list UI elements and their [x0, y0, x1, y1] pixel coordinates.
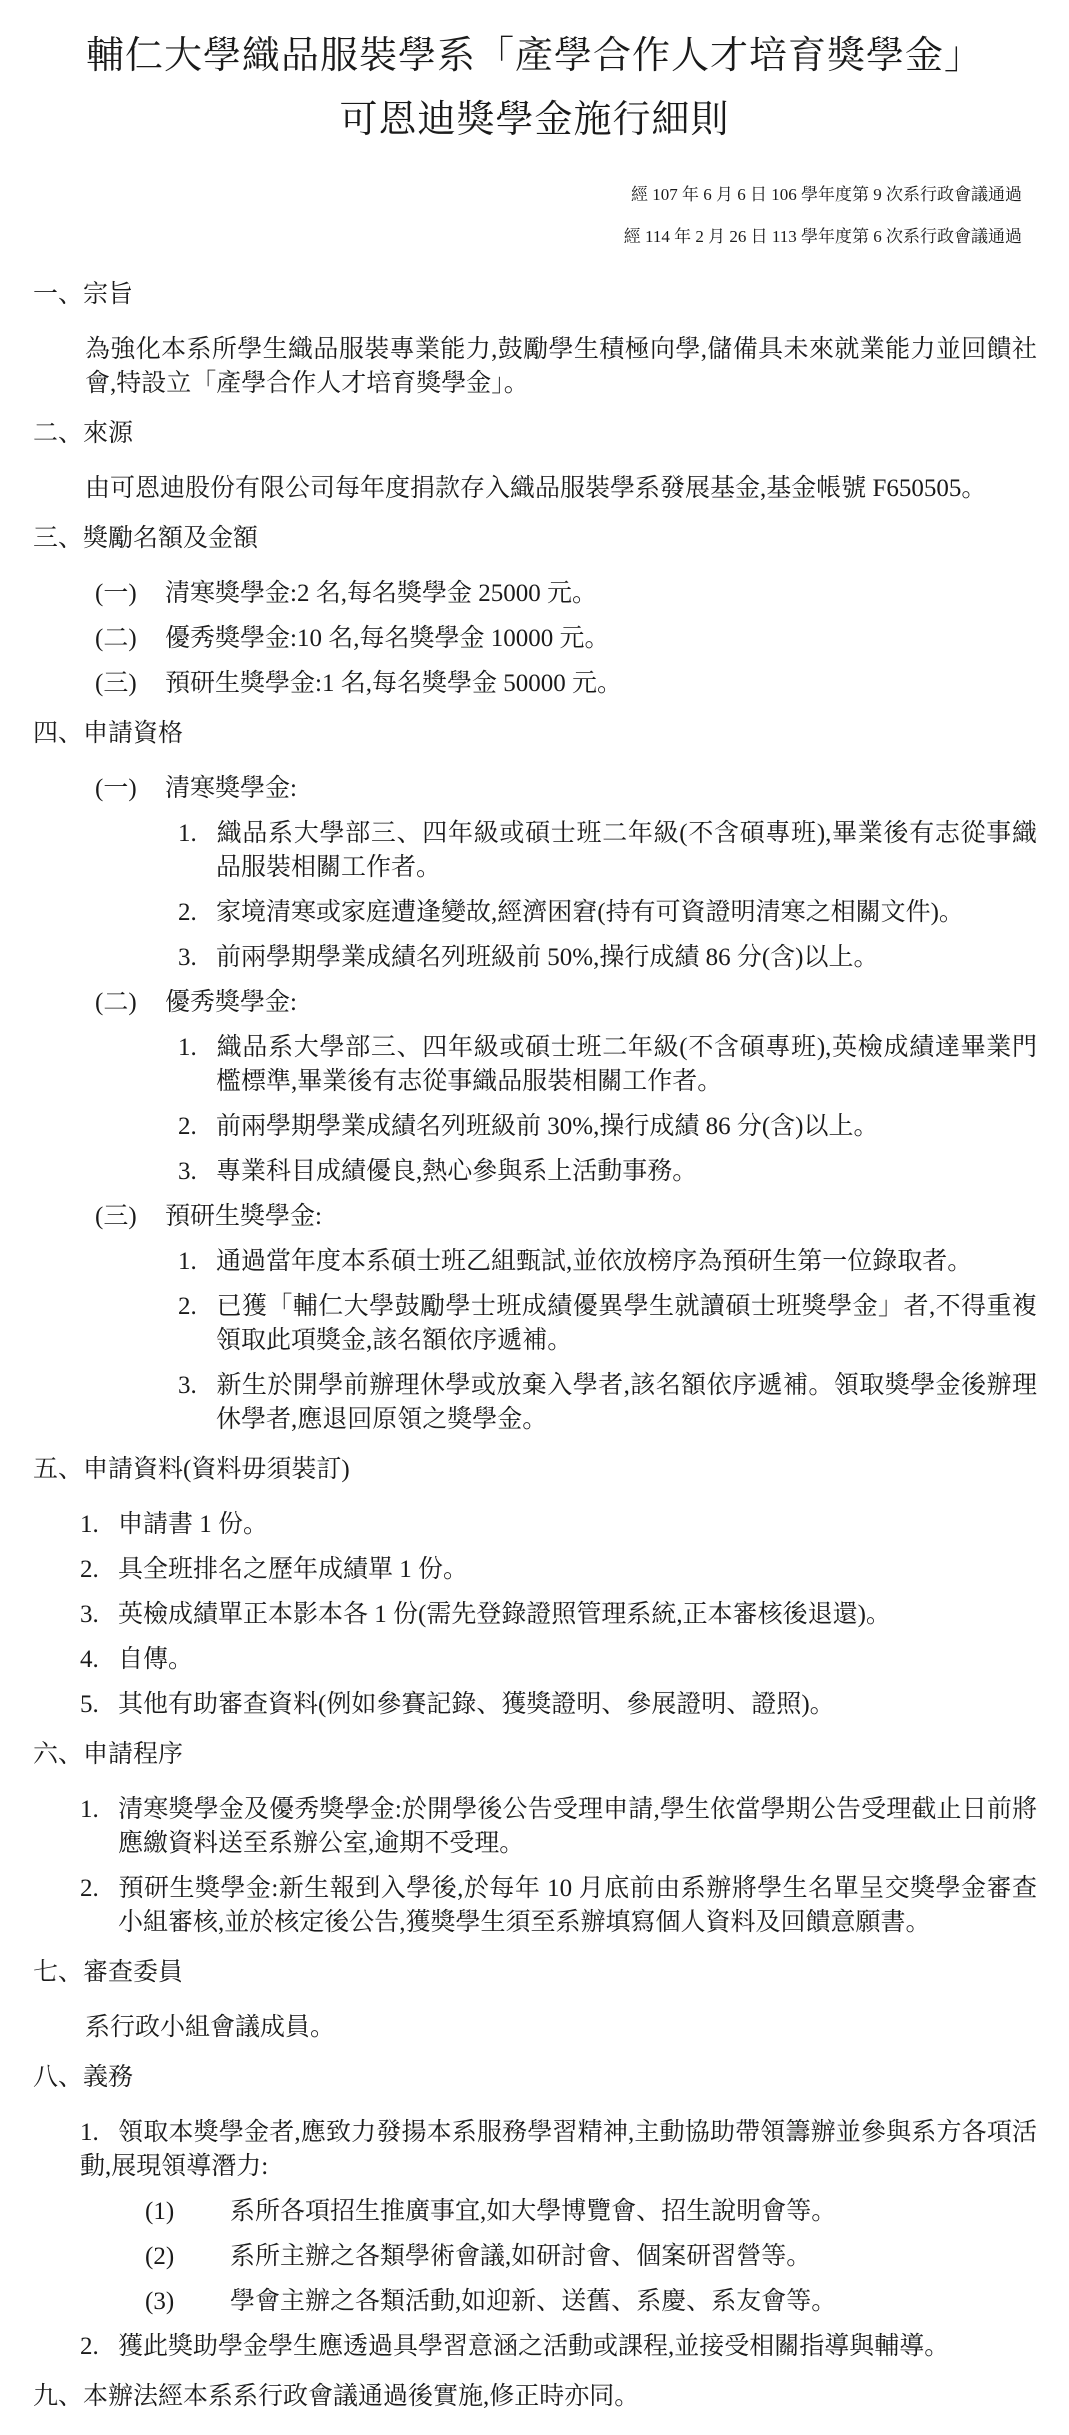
item-number: 3. — [178, 1369, 216, 1403]
item-text: 清寒獎學金: — [165, 775, 297, 802]
item-text: 領取本獎學金者,應致力發揚本系服務學習精神,主動協助帶領籌辦並參與系方各項活動,… — [80, 2119, 1037, 2180]
item-number: (1) — [145, 2195, 230, 2229]
item-text: 預研生獎學金:1 名,每名獎學金 50000 元。 — [165, 670, 622, 697]
item-number: (一) — [95, 577, 165, 611]
section-1-body: 為強化本系所學生織品服裝專業能力,鼓勵學生積極向學,儲備具未來就業能力並回饋社會… — [85, 333, 1037, 401]
list-item: (2)系所主辦之各類學術會議,如研討會、個案研習營等。 — [0, 2240, 1037, 2274]
item-text: 清寒獎學金:2 名,每名獎學金 25000 元。 — [165, 580, 597, 607]
list-item: 2.已獲「輔仁大學鼓勵學士班成績優異學生就讀碩士班獎學金」者,不得重複領取此項獎… — [0, 1290, 1037, 1358]
item-number: 3. — [178, 1155, 216, 1189]
item-text: 前兩學期學業成績名列班級前 50%,操行成績 86 分(含)以上。 — [216, 944, 878, 971]
item-text: 優秀獎學金: — [165, 989, 297, 1016]
item-number: (3) — [145, 2285, 230, 2319]
list-item: (3)學會主辦之各類活動,如迎新、送舊、系慶、系友會等。 — [0, 2285, 1037, 2319]
item-text: 家境清寒或家庭遭逢變故,經濟困窘(持有可資證明清寒之相關文件)。 — [216, 899, 964, 926]
list-item: 1.申請書 1 份。 — [0, 1508, 1037, 1542]
item-text: 獲此獎助學金學生應透過具學習意涵之活動或課程,並接受相關指導與輔導。 — [118, 2333, 949, 2360]
item-number: 1. — [178, 1031, 216, 1065]
item-number: 3. — [178, 941, 216, 975]
item-text: 自傳。 — [118, 1646, 193, 1673]
section-2-heading: 二、來源 — [33, 417, 1037, 451]
section-2-body: 由可恩迪股份有限公司每年度捐款存入織品服裝學系發展基金,基金帳號 F650505… — [85, 472, 1037, 506]
section-5-heading: 五、申請資料(資料毋須裝訂) — [33, 1453, 1037, 1487]
item-number: (2) — [145, 2240, 230, 2274]
item-text: 預研生獎學金: — [165, 1203, 322, 1230]
item-text: 學會主辦之各類活動,如迎新、送舊、系慶、系友會等。 — [230, 2288, 836, 2315]
item-number: 1. — [178, 817, 216, 851]
item-text: 新生於開學前辦理休學或放棄入學者,該名額依序遞補。領取獎學金後辦理休學者,應退回… — [216, 1372, 1037, 1433]
list-item: 3.新生於開學前辦理休學或放棄入學者,該名額依序遞補。領取獎學金後辦理休學者,應… — [0, 1369, 1037, 1437]
list-item: 5.其他有助審查資料(例如參賽記錄、獲獎證明、參展證明、證照)。 — [0, 1688, 1037, 1722]
group-heading: (三)預研生獎學金: — [0, 1200, 1037, 1234]
list-item: 2.家境清寒或家庭遭逢變故,經濟困窘(持有可資證明清寒之相關文件)。 — [0, 896, 1037, 930]
item-text: 其他有助審查資料(例如參賽記錄、獲獎證明、參展證明、證照)。 — [118, 1691, 835, 1718]
list-item: (一)清寒獎學金:2 名,每名獎學金 25000 元。 — [0, 577, 1037, 611]
item-number: 2. — [80, 1553, 118, 1587]
list-item: 1.織品系大學部三、四年級或碩士班二年級(不含碩專班),畢業後有志從事織品服裝相… — [0, 817, 1037, 885]
item-text: 具全班排名之歷年成績單 1 份。 — [118, 1556, 468, 1583]
list-item: 2.獲此獎助學金學生應透過具學習意涵之活動或課程,並接受相關指導與輔導。 — [0, 2330, 1037, 2364]
item-number: (一) — [95, 772, 165, 806]
list-item: 1.通過當年度本系碩士班乙組甄試,並依放榜序為預研生第一位錄取者。 — [0, 1245, 1037, 1279]
item-number: 2. — [80, 2330, 118, 2364]
item-number: (三) — [95, 667, 165, 701]
section-8-heading: 八、義務 — [33, 2061, 1037, 2095]
group-heading: (一)清寒獎學金: — [0, 772, 1037, 806]
item-text: 系所主辦之各類學術會議,如研討會、個案研習營等。 — [230, 2243, 811, 2270]
item-number: 1. — [178, 1245, 216, 1279]
item-number: 1. — [80, 2116, 118, 2150]
item-text: 已獲「輔仁大學鼓勵學士班成績優異學生就讀碩士班獎學金」者,不得重複領取此項獎金,… — [216, 1293, 1037, 1354]
item-number: 3. — [80, 1598, 118, 1632]
item-text: 通過當年度本系碩士班乙組甄試,並依放榜序為預研生第一位錄取者。 — [216, 1248, 972, 1275]
list-item: 2.預研生獎學金:新生報到入學後,於每年 10 月底前由系辦將學生名單呈交獎學金… — [0, 1872, 1037, 1940]
item-number: 2. — [178, 1110, 216, 1144]
list-item: 3.專業科目成績優良,熱心參與系上活動事務。 — [0, 1155, 1037, 1189]
section-9-heading: 九、本辦法經本系系行政會議通過後實施,修正時亦同。 — [33, 2380, 1037, 2414]
list-item: 3.英檢成績單正本影本各 1 份(需先登錄證照管理系統,正本審核後退還)。 — [0, 1598, 1037, 1632]
list-item: 1.領取本獎學金者,應致力發揚本系服務學習精神,主動協助帶領籌辦並參與系方各項活… — [0, 2116, 1037, 2184]
item-text: 優秀獎學金:10 名,每名獎學金 10000 元。 — [165, 625, 609, 652]
list-item: 2.具全班排名之歷年成績單 1 份。 — [0, 1553, 1037, 1587]
item-number: 5. — [80, 1688, 118, 1722]
item-number: (二) — [95, 986, 165, 1020]
list-item: 3.前兩學期學業成績名列班級前 50%,操行成績 86 分(含)以上。 — [0, 941, 1037, 975]
section-7-body: 系行政小組會議成員。 — [85, 2011, 1037, 2045]
list-item: 1.清寒獎學金及優秀獎學金:於開學後公告受理申請,學生依當學期公告受理截止日前將… — [0, 1793, 1037, 1861]
list-item: (二)優秀獎學金:10 名,每名獎學金 10000 元。 — [0, 622, 1037, 656]
section-6-heading: 六、申請程序 — [33, 1738, 1037, 1772]
group-heading: (二)優秀獎學金: — [0, 986, 1037, 1020]
item-number: (二) — [95, 622, 165, 656]
approval-note-1: 經 107 年 6 月 6 日 106 學年度第 9 次系行政會議通過 — [0, 174, 1022, 216]
item-text: 申請書 1 份。 — [118, 1511, 268, 1538]
section-7-heading: 七、審查委員 — [33, 1956, 1037, 1990]
list-item: (三)預研生獎學金:1 名,每名獎學金 50000 元。 — [0, 667, 1037, 701]
document-title-line1: 輔仁大學織品服裝學系「產學合作人才培育獎學金」 — [0, 24, 1069, 88]
item-number: 2. — [178, 896, 216, 930]
section-1-heading: 一、宗旨 — [33, 278, 1037, 312]
item-text: 織品系大學部三、四年級或碩士班二年級(不含碩專班),畢業後有志從事織品服裝相關工… — [216, 820, 1037, 881]
document-page: 輔仁大學織品服裝學系「產學合作人才培育獎學金」 可恩迪獎學金施行細則 經 107… — [0, 0, 1069, 2435]
item-text: 前兩學期學業成績名列班級前 30%,操行成績 86 分(含)以上。 — [216, 1113, 878, 1140]
list-item: 2.前兩學期學業成績名列班級前 30%,操行成績 86 分(含)以上。 — [0, 1110, 1037, 1144]
item-text: 專業科目成績優良,熱心參與系上活動事務。 — [216, 1158, 697, 1185]
approval-notes: 經 107 年 6 月 6 日 106 學年度第 9 次系行政會議通過 經 11… — [0, 174, 1069, 258]
item-text: 織品系大學部三、四年級或碩士班二年級(不含碩專班),英檢成績達畢業門檻標準,畢業… — [216, 1034, 1037, 1095]
section-3-heading: 三、獎勵名額及金額 — [33, 522, 1037, 556]
item-text: 英檢成績單正本影本各 1 份(需先登錄證照管理系統,正本審核後退還)。 — [118, 1601, 891, 1628]
section-4-heading: 四、申請資格 — [33, 717, 1037, 751]
list-item: (1)系所各項招生推廣事宜,如大學博覽會、招生說明會等。 — [0, 2195, 1037, 2229]
item-text: 清寒獎學金及優秀獎學金:於開學後公告受理申請,學生依當學期公告受理截止日前將應繳… — [118, 1796, 1037, 1857]
item-text: 預研生獎學金:新生報到入學後,於每年 10 月底前由系辦將學生名單呈交獎學金審查… — [118, 1875, 1037, 1936]
list-item: 4.自傳。 — [0, 1643, 1037, 1677]
item-number: 1. — [80, 1793, 118, 1827]
document-title-line2: 可恩迪獎學金施行細則 — [0, 88, 1069, 152]
approval-note-2: 經 114 年 2 月 26 日 113 學年度第 6 次系行政會議通過 — [0, 216, 1022, 258]
list-item: 1.織品系大學部三、四年級或碩士班二年級(不含碩專班),英檢成績達畢業門檻標準,… — [0, 1031, 1037, 1099]
item-number: 1. — [80, 1508, 118, 1542]
item-number: 2. — [80, 1872, 118, 1906]
item-number: 2. — [178, 1290, 216, 1324]
item-text: 系所各項招生推廣事宜,如大學博覽會、招生說明會等。 — [230, 2198, 836, 2225]
item-number: (三) — [95, 1200, 165, 1234]
item-number: 4. — [80, 1643, 118, 1677]
